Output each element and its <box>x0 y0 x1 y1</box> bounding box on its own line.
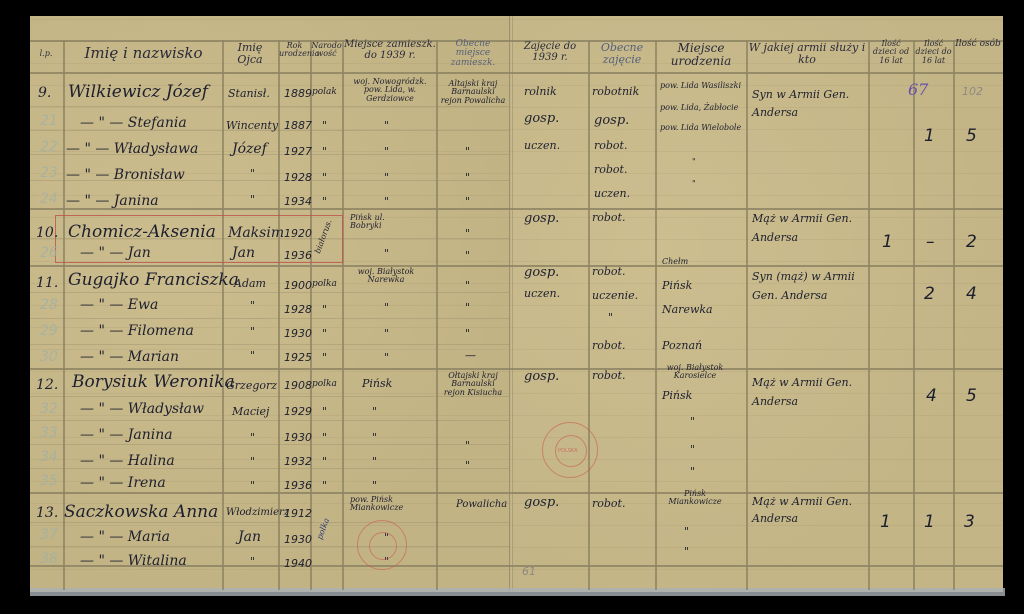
member-residence: " <box>372 480 377 491</box>
children-under16: 1 <box>924 128 935 145</box>
member-residence: " <box>384 302 389 313</box>
member-year: 1930 <box>284 534 312 545</box>
scan-edge <box>30 588 1005 596</box>
margin-number: 23 <box>40 166 58 180</box>
header-occupation-1939: Zajęcie do 1939 r. <box>514 42 586 63</box>
member-residence: " <box>384 146 389 157</box>
margin-number: 21 <box>40 114 58 128</box>
member-current-residence: Powalicha <box>456 500 507 510</box>
member-residence: woj. Nowogródzk. pow. Lida, w. Gerdziowc… <box>343 78 437 103</box>
member-residence: pow. Pińsk Miankowicze <box>350 496 436 513</box>
persons-count: 5 <box>966 128 977 145</box>
member-current-residence: — <box>465 350 476 361</box>
member-father: " <box>250 556 255 567</box>
member-current-occupation: gosp. <box>594 114 629 127</box>
member-name: Borysiuk Weronika <box>72 374 235 391</box>
member-birthplace: Poznań <box>662 340 702 351</box>
header-father: Imię Ojca <box>224 42 276 65</box>
persons-count: 5 <box>966 388 977 405</box>
member-occupation-1939: uczen. <box>524 288 560 299</box>
member-residence: " <box>384 172 389 183</box>
army-info: Syn w Armii Gen. Andersa <box>752 86 862 121</box>
member-birthplace: " <box>690 466 695 477</box>
member-occupation-1939: gosp. <box>524 112 559 125</box>
member-occupation-1939: uczen. <box>524 140 560 151</box>
children-under16: 1 <box>924 514 935 531</box>
member-nationality: " <box>322 480 327 491</box>
member-birthplace: Narewka <box>662 304 713 315</box>
persons-count: 3 <box>964 514 975 531</box>
margin-number: 34 <box>40 450 58 464</box>
member-father: Jan <box>238 530 261 544</box>
member-nationality: polka <box>312 280 337 289</box>
member-current-occupation: robot. <box>592 212 625 223</box>
member-current-residence: " <box>465 460 470 471</box>
member-year: 1920 <box>284 228 312 239</box>
member-birthplace: " <box>692 158 696 166</box>
official-stamp <box>357 520 407 570</box>
member-father: " <box>250 168 255 179</box>
member-year: 1934 <box>284 196 312 207</box>
member-father: " <box>250 300 255 311</box>
member-birthplace: " <box>684 546 689 557</box>
header-persons: Ilość osób <box>955 40 1001 49</box>
member-nationality: " <box>322 432 327 443</box>
member-nationality: " <box>322 328 327 339</box>
member-current-occupation: robot. <box>594 164 627 175</box>
member-year: 1932 <box>284 456 312 467</box>
header-nationality: Narodowość <box>311 42 342 59</box>
member-name: Wilkiewicz Józef <box>68 84 208 101</box>
margin-number: 29 <box>40 324 58 338</box>
margin-number: 38 <box>40 552 58 566</box>
margin-number: 32 <box>40 402 58 416</box>
member-birthplace: pow. Lida Wasiliszki <box>660 82 741 90</box>
family-number: 11. <box>36 276 58 290</box>
margin-number: 33 <box>40 426 58 440</box>
children-under16: 2 <box>924 286 935 303</box>
member-current-residence: " <box>465 228 470 239</box>
family-number: 12. <box>36 378 58 392</box>
member-nationality: " <box>322 196 327 207</box>
member-current-occupation: uczen. <box>594 188 630 199</box>
member-father: Maciej <box>232 406 269 417</box>
member-nationality: " <box>322 456 327 467</box>
member-residence: " <box>372 406 377 417</box>
header-name: Imię i nazwisko <box>66 46 221 62</box>
member-current-residence: " <box>465 146 470 157</box>
member-name: — " — Halina <box>80 454 175 468</box>
member-father: " <box>250 456 255 467</box>
stamp-label: POLSKA <box>558 448 578 454</box>
margin-number: 28 <box>40 298 58 312</box>
member-occupation-1939: gosp. <box>524 212 559 225</box>
member-father: " <box>250 480 255 491</box>
member-name: — " — Janina <box>66 194 159 208</box>
member-current-residence: " <box>465 196 470 207</box>
children-over16: 1 <box>880 514 891 531</box>
member-nationality: " <box>322 304 327 315</box>
header-current-residence: Obecne miejsce zamieszk. <box>438 40 508 68</box>
header-birthplace: Miejsce urodzenia <box>657 42 745 67</box>
member-current-occupation: robot. <box>592 266 625 277</box>
member-name: — " — Janina <box>80 428 173 442</box>
member-birthplace: pow. Lida Wielobole <box>660 124 741 132</box>
member-current-occupation: " <box>608 312 613 323</box>
member-current-occupation: robot. <box>594 140 627 151</box>
member-nationality: " <box>322 120 327 131</box>
header-no: l.p. <box>32 50 60 58</box>
header-current-occupation: Obecne zajęcie <box>590 42 654 65</box>
member-current-residence: " <box>465 328 470 339</box>
member-birthplace: pow. Lida, Żabłocie <box>660 104 738 112</box>
member-residence: " <box>384 196 389 207</box>
margin-number: 37 <box>40 528 58 542</box>
margin-number: 35 <box>40 474 58 488</box>
member-year: 1887 <box>284 120 312 131</box>
member-year: 1929 <box>284 406 312 417</box>
member-residence: " <box>384 352 389 363</box>
children-under16: – <box>926 234 935 251</box>
persons-count: 4 <box>966 286 977 303</box>
member-name: — " — Marian <box>80 350 179 364</box>
family-number: 10. <box>36 226 58 240</box>
margin-number: 26 <box>40 246 58 260</box>
member-father: Józef <box>232 142 267 156</box>
member-year: 1936 <box>284 480 312 491</box>
page-fold <box>509 16 513 592</box>
member-nationality: " <box>322 172 327 183</box>
page-footer-number: 61 <box>522 566 536 577</box>
member-residence: " <box>372 432 377 443</box>
member-year: 1930 <box>284 328 312 339</box>
member-year: 1900 <box>284 280 312 291</box>
member-nationality: polak <box>312 88 337 97</box>
member-father: Adam <box>234 278 266 289</box>
member-residence: Pińsk <box>362 378 392 389</box>
member-residence: Pińsk ul. Bobryki <box>350 214 410 231</box>
header-children-under16: Ilość dzieci do 16 lat <box>914 40 953 65</box>
army-info: Mąż w Armii Gen. Andersa <box>752 210 862 247</box>
grey-annotation: 102 <box>962 86 983 97</box>
member-year: 1925 <box>284 352 312 363</box>
member-father: Maksim <box>228 226 284 240</box>
member-year: 1928 <box>284 304 312 315</box>
member-current-occupation: robot. <box>592 370 625 381</box>
member-birthplace: Pińsk <box>662 280 692 291</box>
header-birth-year: Rok urodzenia <box>279 42 310 59</box>
member-current-residence: " <box>465 250 470 261</box>
header-residence-1939: Miejsce zamieszk. do 1939 r. <box>344 40 436 61</box>
member-residence: " <box>372 456 377 467</box>
member-name: — " — Władysław <box>80 402 204 416</box>
member-year: 1912 <box>284 508 312 519</box>
army-info: Syn (mąż) w Armii Gen. Andersa <box>752 268 862 305</box>
member-name: — " — Irena <box>80 476 166 490</box>
member-father: Wincenty <box>226 120 278 131</box>
member-birthplace: " <box>690 444 695 455</box>
member-name: — " — Władysława <box>66 142 198 156</box>
member-occupation-1939: rolnik <box>524 86 557 97</box>
member-name: Saczkowska Anna <box>64 504 218 521</box>
family-number: 9. <box>38 86 51 100</box>
member-current-residence: " <box>465 302 470 313</box>
margin-number: 30 <box>40 350 58 364</box>
member-birthplace: woj. Białystok Karosielce <box>660 364 730 381</box>
member-father: " <box>250 350 255 361</box>
member-year: 1889 <box>284 88 312 99</box>
member-current-residence: " <box>465 440 470 451</box>
member-father: Grzegorz <box>226 380 277 391</box>
member-year: 1940 <box>284 558 312 569</box>
army-info: Mąż w Armii Gen. Andersa <box>752 494 862 527</box>
member-nationality: " <box>322 406 327 417</box>
member-name: — " — Witalina <box>80 554 187 568</box>
member-current-residence: " <box>465 172 470 183</box>
family-number: 13. <box>36 506 58 520</box>
children-under16: 4 <box>926 388 937 405</box>
member-name: Chomicz-Aksenia <box>68 224 216 241</box>
purple-annotation: 67 <box>908 82 928 98</box>
member-father: Stanisł. <box>228 88 270 99</box>
member-father: Włodzimierz <box>226 508 289 518</box>
margin-number: 24 <box>40 192 58 206</box>
member-name: — " — Jan <box>80 246 151 260</box>
member-residence: woj. Białystok Narewka <box>346 268 426 285</box>
member-father: " <box>250 432 255 443</box>
member-residence: " <box>384 248 389 259</box>
member-name: — " — Bronisław <box>66 168 185 182</box>
member-residence: " <box>384 328 389 339</box>
children-over16: 1 <box>882 234 893 251</box>
member-year: 1928 <box>284 172 312 183</box>
army-info: Mąż w Armii Gen. Andersa <box>752 374 862 411</box>
member-current-occupation: robotnik <box>592 86 639 97</box>
header-army: W jakiej armii służy i kto <box>748 42 866 65</box>
member-residence: " <box>384 120 389 131</box>
margin-number: 22 <box>40 140 58 154</box>
header-children-over16: Ilość dzieci od 16 lat <box>869 40 913 65</box>
member-occupation-1939: gosp. <box>524 496 559 509</box>
member-name: — " — Filomena <box>80 324 194 338</box>
member-occupation-1939: gosp. <box>524 266 559 279</box>
member-birthplace: Chełm <box>662 258 688 266</box>
member-father: " <box>250 326 255 337</box>
member-year: 1927 <box>284 146 312 157</box>
member-name: — " — Maria <box>80 530 170 544</box>
member-birthplace: " <box>692 180 696 188</box>
member-name: Gugajko Franciszka <box>68 272 239 289</box>
member-year: 1936 <box>284 250 312 261</box>
member-year: 1930 <box>284 432 312 443</box>
member-current-residence: Ołtajski kraj Barnaulski rejon Kisiucha <box>440 372 506 397</box>
member-current-residence: " <box>465 280 470 291</box>
member-father: " <box>250 194 255 205</box>
persons-count: 2 <box>966 234 977 251</box>
member-current-occupation: robot. <box>592 498 625 509</box>
member-nationality: " <box>322 352 327 363</box>
member-current-residence: Altajski kraj Barnaulski rejon Powalicha <box>440 80 506 105</box>
member-birthplace: Pińsk Miankowicze <box>660 490 730 507</box>
member-birthplace: Pińsk <box>662 390 692 401</box>
member-birthplace: " <box>690 416 695 427</box>
member-birthplace: " <box>684 526 689 537</box>
member-nationality: polka <box>312 380 337 389</box>
member-father: Jan <box>232 246 255 260</box>
member-nationality: " <box>322 146 327 157</box>
member-current-occupation: uczenie. <box>592 290 638 301</box>
member-occupation-1939: gosp. <box>524 370 559 383</box>
member-year: 1908 <box>284 380 312 391</box>
member-name: — " — Ewa <box>80 298 158 312</box>
member-name: — " — Stefania <box>80 116 187 130</box>
member-current-occupation: robot. <box>592 340 625 351</box>
